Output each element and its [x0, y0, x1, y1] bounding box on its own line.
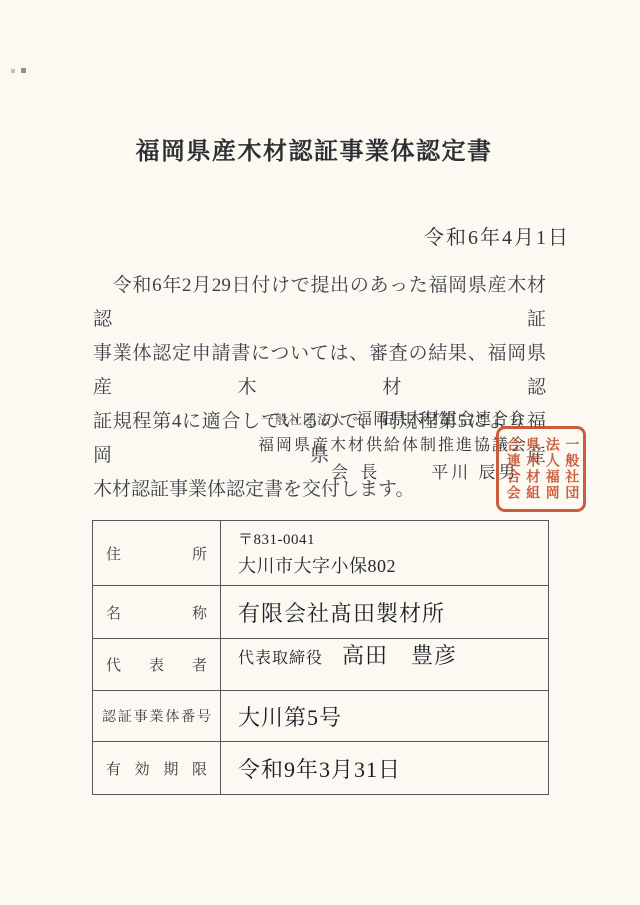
seal-text-column: 合連合会	[505, 437, 519, 501]
issuer-council: 福岡県産木材供給体制推進協議会	[258, 432, 528, 455]
issuer-org-name: 福岡県木材組合連合会	[356, 406, 526, 429]
red-seal-stamp: 一般社団 法人福岡 県木材組 合連合会	[496, 426, 586, 512]
postal-code: 〒831-0041	[238, 528, 315, 549]
body-line: 令和6年2月29日付けで提出のあった福岡県産木材認証	[93, 269, 546, 337]
street-address: 大川市大字小保802	[238, 552, 396, 578]
representative-title: 代表取締役	[238, 645, 323, 668]
issuer-organization: 一般社団法人 福岡県木材組合連合会	[261, 406, 526, 429]
issuer-signature: 会 長 平川 辰男	[331, 458, 519, 483]
scan-speck	[21, 68, 26, 73]
table-value-name: 有限会社髙田製材所	[221, 586, 548, 639]
issuer-role: 会 長	[331, 458, 381, 483]
certificate-page: 福岡県産木材認証事業体認定書 令和6年4月1日 令和6年2月29日付けで提出のあ…	[0, 0, 640, 905]
table-value-representative: 代表取締役 高田 豊彦	[221, 639, 548, 691]
seal-text-column: 一般社団	[563, 437, 577, 501]
table-label-text: 住所	[106, 543, 207, 564]
scan-speck	[11, 69, 15, 73]
table-value-address: 〒831-0041 大川市大字小保802	[221, 521, 548, 586]
seal-text-column: 県木材組	[524, 437, 538, 501]
table-value-cert-number: 大川第5号	[221, 691, 548, 742]
body-line: 事業体認定申請書については、審査の結果、福岡県産木材認	[93, 337, 546, 405]
table-value-expiry: 令和9年3月31日	[221, 742, 548, 794]
table-label-text: 有効期限	[106, 758, 207, 779]
table-label-cert-number: 認証事業体番号	[93, 691, 221, 742]
seal-text-column: 法人福岡	[544, 437, 558, 501]
certificate-table: 住所 〒831-0041 大川市大字小保802 名称 有限会社髙田製材所 代表者…	[92, 520, 549, 795]
table-label-text: 認証事業体番号	[102, 706, 211, 726]
table-label-text: 代表者	[106, 654, 207, 675]
table-label-address: 住所	[93, 521, 221, 586]
table-label-expiry: 有効期限	[93, 742, 221, 794]
page-title: 福岡県産木材認証事業体認定書	[0, 131, 628, 166]
issue-date: 令和6年4月1日	[424, 221, 570, 250]
representative-name: 高田 豊彦	[342, 639, 457, 670]
table-label-text: 名称	[106, 602, 207, 623]
issuer-org-prefix: 一般社団法人	[261, 409, 345, 428]
table-label-name: 名称	[93, 586, 221, 639]
table-label-representative: 代表者	[93, 639, 221, 691]
